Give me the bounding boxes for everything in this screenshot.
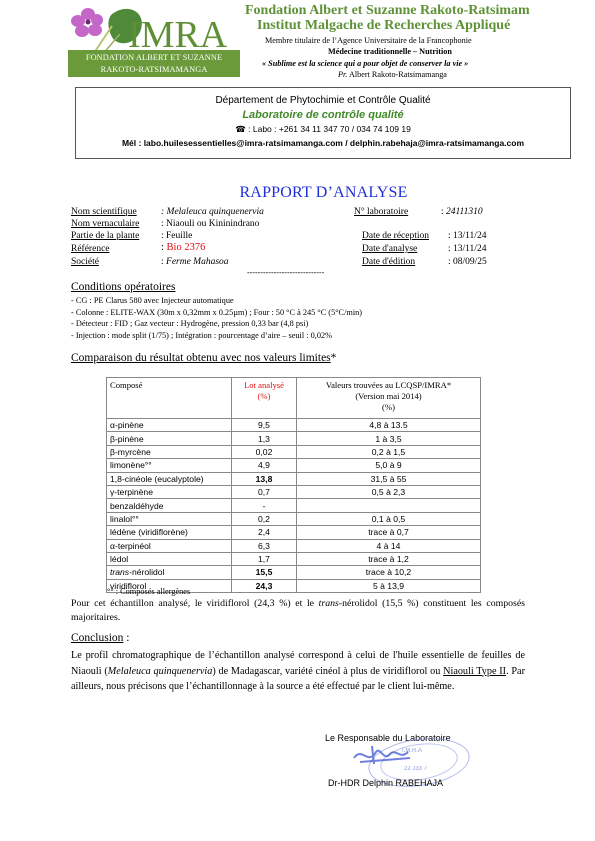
reference-range-cell: trace à 0,7 xyxy=(297,526,481,539)
motto: « Sublime est la science qui a pour obje… xyxy=(262,58,468,69)
lot-value-cell: 15,5 xyxy=(232,566,297,579)
table-row: trans-nérolidol15,5trace à 10,2 xyxy=(107,566,481,579)
results-table-body: α-pinène9,54,8 à 13.5β-pinène1,31 à 3,5β… xyxy=(107,419,481,593)
lot-value-cell: 1,3 xyxy=(232,432,297,445)
compound-cell: 1,8-cinéole (eucalyptole) xyxy=(107,472,232,485)
scientific-name-label: Nom scientifique xyxy=(71,206,137,218)
vernacular-name-value: : Niaouli ou Kininindrano xyxy=(161,218,259,230)
lot-value-cell: 9,5 xyxy=(232,419,297,432)
motto-author-prefix: Pr. xyxy=(338,70,347,79)
conclusion-part2: ) de Madagascar, variété cinéol à plus d… xyxy=(212,666,443,677)
table-header-row: Composé Lot analysé (%) Valeurs trouvées… xyxy=(107,378,481,419)
compound-name: benzaldéhyde xyxy=(110,501,164,511)
comparison-title: Comparaison du résultat obtenu avec nos … xyxy=(71,352,336,364)
compound-cell: limonène°° xyxy=(107,459,232,472)
allergen-footnote: °° : Composés allergènes xyxy=(107,587,190,596)
reference-range-cell: 0,1 à 0,5 xyxy=(297,512,481,525)
condition-line: - Injection : mode split (1/75) ; Intégr… xyxy=(71,330,362,342)
compound-name: limonène°° xyxy=(110,460,152,470)
table-row: α-pinène9,54,8 à 13.5 xyxy=(107,419,481,432)
company-name: Ferme Mahasoa xyxy=(166,257,229,267)
department-name: Département de Phytochimie et Contrôle Q… xyxy=(76,94,570,107)
conclusion-colon: : xyxy=(123,632,129,644)
signatory-name: Dr-HDR Delphin RABEHAJA xyxy=(328,778,443,788)
conclusion-italic: Melaleuca quinquenervia xyxy=(108,666,213,677)
lot-value-cell: 1,7 xyxy=(232,552,297,565)
compound-cell: trans-nérolidol xyxy=(107,566,232,579)
table-row: 1,8-cinéole (eucalyptole)13,831,5 à 55 xyxy=(107,472,481,485)
header-ref-line2: (Version mai 2014) xyxy=(300,391,477,402)
compound-cell: linalol°° xyxy=(107,512,232,525)
lot-value-cell: 0,2 xyxy=(232,512,297,525)
header-ref-line1: Valeurs trouvées au LCQSP/IMRA* xyxy=(300,380,477,391)
conclusion-title: Conclusion : xyxy=(71,632,129,644)
compound-name: linalol°° xyxy=(110,514,139,524)
conditions-list: - CG : PE Clarus 580 avec Injecteur auto… xyxy=(71,295,362,341)
compound-cell: β-myrcène xyxy=(107,445,232,458)
header-lot: Lot analysé (%) xyxy=(232,378,297,419)
comparison-asterisk: * xyxy=(331,352,337,364)
imra-logo: IMRA FONDATION ALBERT ET SUZANNE RAKOTO-… xyxy=(68,4,240,76)
reference-range-cell: 0,2 à 1,5 xyxy=(297,445,481,458)
compound-name: lédène (viridiflorène) xyxy=(110,527,188,537)
table-row: lédol1,7trace à 1,2 xyxy=(107,552,481,565)
table-row: α-terpinéol6,34 à 14 xyxy=(107,539,481,552)
compound-name: -nérolidol xyxy=(129,567,164,577)
compound-cell: γ-terpinène xyxy=(107,485,232,498)
table-row: β-pinène1,31 à 3,5 xyxy=(107,432,481,445)
summary-italic: trans xyxy=(319,598,339,609)
reference-range-cell: 31,5 à 55 xyxy=(297,472,481,485)
membership-line: Membre titulaire de l’Agence Universitai… xyxy=(265,35,472,46)
reception-date-value: : 13/11/24 xyxy=(448,230,486,242)
header-lot-line1: Lot analysé xyxy=(235,380,293,391)
telephone-icon: ☎ xyxy=(235,124,246,134)
lot-value-cell: 2,4 xyxy=(232,526,297,539)
table-row: β-myrcène0,020,2 à 1,5 xyxy=(107,445,481,458)
reference-label: Référence xyxy=(71,243,110,255)
plant-part-value: : Feuille xyxy=(161,230,192,242)
org-name-line2: Institut Malgache de Recherches Appliqué xyxy=(257,18,510,33)
compound-cell: α-terpinéol xyxy=(107,539,232,552)
conclusion-paragraph: Le profil chromatographique de l’échanti… xyxy=(71,648,525,695)
compound-name: lédol xyxy=(110,554,128,564)
lot-value-cell: 0,7 xyxy=(232,485,297,498)
results-table: Composé Lot analysé (%) Valeurs trouvées… xyxy=(106,377,481,593)
lab-number: 24111310 xyxy=(446,207,483,217)
reference-range-cell: 4 à 14 xyxy=(297,539,481,552)
table-row: γ-terpinène0,70,5 à 2,3 xyxy=(107,485,481,498)
edition-date-value: : 08/09/25 xyxy=(448,256,487,268)
lot-value-cell: 6,3 xyxy=(232,539,297,552)
analysis-date-label: Date d'analyse xyxy=(362,243,417,255)
lot-value-cell: 24,3 xyxy=(232,579,297,592)
lab-name: Laboratoire de contrôle qualité xyxy=(76,108,570,122)
phone-numbers: : Labo : +261 34 11 347 70 / 034 74 109 … xyxy=(246,124,411,134)
summary-paragraph: Pour cet échantillon analysé, le viridif… xyxy=(71,597,525,625)
analysis-date-value: : 13/11/24 xyxy=(448,243,486,255)
motto-author: Pr. Albert Rakoto-Ratsimamanga xyxy=(338,69,447,80)
vernacular-name-label: Nom vernaculaire xyxy=(71,218,139,230)
separator-line: ----------------------------- xyxy=(247,267,324,279)
condition-line: - CG : PE Clarus 580 avec Injecteur auto… xyxy=(71,295,362,307)
logo-wordmark: IMRA xyxy=(128,18,227,52)
lab-number-value: : 24111310 xyxy=(441,206,483,218)
report-title: RAPPORT D’ANALYSE xyxy=(0,184,595,202)
lab-number-label: N° laboratoire xyxy=(354,206,408,218)
comparison-title-text: Comparaison du résultat obtenu avec nos … xyxy=(71,352,331,364)
compound-cell: benzaldéhyde xyxy=(107,499,232,512)
specialty-line: Médecine traditionnelle – Nutrition xyxy=(328,46,452,57)
reference-range-cell: trace à 10,2 xyxy=(297,566,481,579)
reference-range-cell: 5,0 à 9 xyxy=(297,459,481,472)
reference-range-cell: 0,5 à 2,3 xyxy=(297,485,481,498)
logo-band-line1: FONDATION ALBERT ET SUZANNE xyxy=(68,52,240,64)
company-label: Société xyxy=(71,256,99,268)
lot-value-cell: 4,9 xyxy=(232,459,297,472)
condition-line: - Colonne : ELITE-WAX (30m x 0,32mm x 0.… xyxy=(71,307,362,319)
compound-name: γ-terpinène xyxy=(110,487,153,497)
compound-cell: α-pinène xyxy=(107,419,232,432)
reception-date-label: Date de réception xyxy=(362,230,429,242)
compound-name: β-myrcène xyxy=(110,447,151,457)
logo-band-line2: RAKOTO-RATSIMAMANGA xyxy=(68,64,240,76)
header-compound: Composé xyxy=(107,378,232,419)
reference-range-cell: 1 à 3,5 xyxy=(297,432,481,445)
compound-name: 1,8-cinéole (eucalyptole) xyxy=(110,474,204,484)
compound-name: α-terpinéol xyxy=(110,541,151,551)
header-reference: Valeurs trouvées au LCQSP/IMRA* (Version… xyxy=(297,378,481,419)
compound-cell: β-pinène xyxy=(107,432,232,445)
department-box: Département de Phytochimie et Contrôle Q… xyxy=(75,87,571,159)
scientific-name-text: : Melaleuca quinquenervia xyxy=(161,207,264,217)
reference-range-cell: trace à 1,2 xyxy=(297,552,481,565)
edition-date-label: Date d'édition xyxy=(362,256,415,268)
conditions-title: Conditions opératoires xyxy=(71,281,175,293)
reference-value: : Bio 2376 xyxy=(161,242,205,254)
conclusion-title-text: Conclusion xyxy=(71,632,123,644)
compound-name: β-pinène xyxy=(110,434,144,444)
table-row: lédène (viridiflorène)2,4trace à 0,7 xyxy=(107,526,481,539)
reference-range-cell: 5 à 13,9 xyxy=(297,579,481,592)
niaouli-type-ii: Niaouli Type II xyxy=(443,666,506,677)
handwritten-signature-icon xyxy=(350,742,420,768)
condition-line: - Détecteur : FID ; Gaz vecteur : Hydrog… xyxy=(71,318,362,330)
motto-author-name: Albert Rakoto-Ratsimamanga xyxy=(349,70,447,79)
plant-part-label: Partie de la plante xyxy=(71,230,139,242)
reference-range-cell: 4,8 à 13.5 xyxy=(297,419,481,432)
reference-range-cell xyxy=(297,499,481,512)
lot-value-cell: 0,02 xyxy=(232,445,297,458)
compound-name: α-pinène xyxy=(110,420,144,430)
summary-part1: Pour cet échantillon analysé, le viridif… xyxy=(71,598,319,609)
table-row: benzaldéhyde- xyxy=(107,499,481,512)
header-ref-line3: (%) xyxy=(300,402,477,413)
reference-number: Bio 2376 xyxy=(167,242,206,253)
lot-value-cell: - xyxy=(232,499,297,512)
compound-cell: lédène (viridiflorène) xyxy=(107,526,232,539)
company-value: : Ferme Mahasoa xyxy=(161,256,229,268)
email-line: Mél : labo.huilesessentielles@imra-ratsi… xyxy=(76,137,570,149)
compound-cell: lédol xyxy=(107,552,232,565)
header-lot-line2: (%) xyxy=(235,391,293,402)
table-row: limonène°°4,95,0 à 9 xyxy=(107,459,481,472)
lot-value-cell: 13,8 xyxy=(232,472,297,485)
table-row: linalol°°0,20,1 à 0,5 xyxy=(107,512,481,525)
org-name-line1: Fondation Albert et Suzanne Rakoto-Ratsi… xyxy=(245,3,530,18)
logo-band: FONDATION ALBERT ET SUZANNE RAKOTO-RATSI… xyxy=(68,50,240,77)
compound-italic-prefix: trans xyxy=(110,567,129,577)
phone-line: ☎ : Labo : +261 34 11 347 70 / 034 74 10… xyxy=(76,123,570,135)
scientific-name-value: : Melaleuca quinquenervia xyxy=(161,206,264,218)
